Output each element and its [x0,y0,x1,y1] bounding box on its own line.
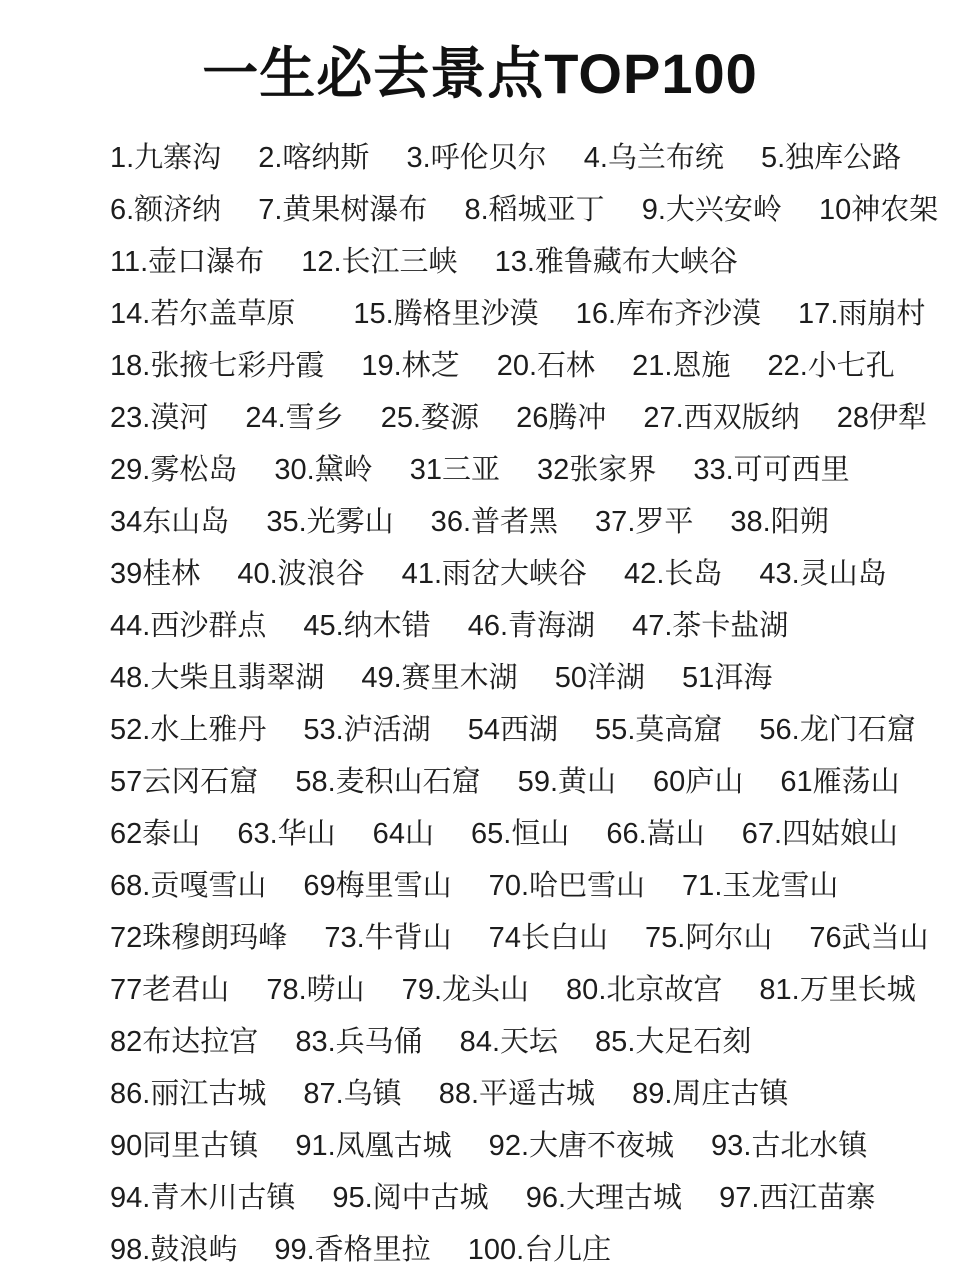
list-line-4: 14.若尔盖草原 15.腾格里沙漠 16.库布齐沙漠 17.雨崩村 [110,288,940,340]
list-line-15: 68.贡嘎雪山 69梅里雪山 70.哈巴雪山 71.玉龙雪山 [110,860,940,912]
list-line-1: 1.九寨沟 2.喀纳斯 3.呼伦贝尔 4.乌兰布统 5.独库公路 [110,132,940,184]
page-title: 一生必去景点TOP100 [0,0,960,106]
attractions-poster: 一生必去景点TOP100 1.九寨沟 2.喀纳斯 3.呼伦贝尔 4.乌兰布统 5… [0,0,960,1280]
list-line-21: 94.青木川古镇 95.阅中古城 96.大理古城 97.西江苗寨 [110,1172,940,1224]
list-line-10: 44.西沙群点 45.纳木错 46.青海湖 47.茶卡盐湖 [110,600,940,652]
list-line-16: 72珠穆朗玛峰 73.牛背山 74长白山 75.阿尔山 76武当山 [110,912,940,964]
list-line-9: 39桂林 40.波浪谷 41.雨岔大峡谷 42.长岛 43.灵山岛 [110,548,940,600]
list-line-19: 86.丽江古城 87.乌镇 88.平遥古城 89.周庄古镇 [110,1068,940,1120]
list-line-3: 11.壶口瀑布 12.长江三峡 13.雅鲁藏布大峡谷 [110,236,940,288]
list-line-20: 90同里古镇 91.凤凰古城 92.大唐不夜城 93.古北水镇 [110,1120,940,1172]
list-line-8: 34东山岛 35.光雾山 36.普者黑 37.罗平 38.阳朔 [110,496,940,548]
list-line-6: 23.漠河 24.雪乡 25.婺源 26腾冲 27.西双版纳 28伊犁 [110,392,940,444]
list-line-11: 48.大柴且翡翠湖 49.赛里木湖 50洋湖 51洱海 [110,652,940,704]
list-line-14: 62泰山 63.华山 64山 65.恒山 66.嵩山 67.四姑娘山 [110,808,940,860]
list-line-17: 77老君山 78.唠山 79.龙头山 80.北京故宫 81.万里长城 [110,964,940,1016]
list-line-18: 82布达拉宫 83.兵马俑 84.天坛 85.大足石刻 [110,1016,940,1068]
list-line-7: 29.雾松岛 30.黛岭 31三亚 32张家界 33.可可西里 [110,444,940,496]
list-line-22: 98.鼓浪屿 99.香格里拉 100.台儿庄 [110,1224,940,1276]
list-line-13: 57云冈石窟 58.麦积山石窟 59.黄山 60庐山 61雁荡山 [110,756,940,808]
list-line-12: 52.水上雅丹 53.泸活湖 54西湖 55.莫高窟 56.龙门石窟 [110,704,940,756]
attraction-list: 1.九寨沟 2.喀纳斯 3.呼伦贝尔 4.乌兰布统 5.独库公路 6.额济纳 7… [0,132,960,1276]
list-line-2: 6.额济纳 7.黄果树瀑布 8.稻城亚丁 9.大兴安岭 10神农架 [110,184,940,236]
list-line-5: 18.张掖七彩丹霞 19.林芝 20.石林 21.恩施 22.小七孔 [110,340,940,392]
